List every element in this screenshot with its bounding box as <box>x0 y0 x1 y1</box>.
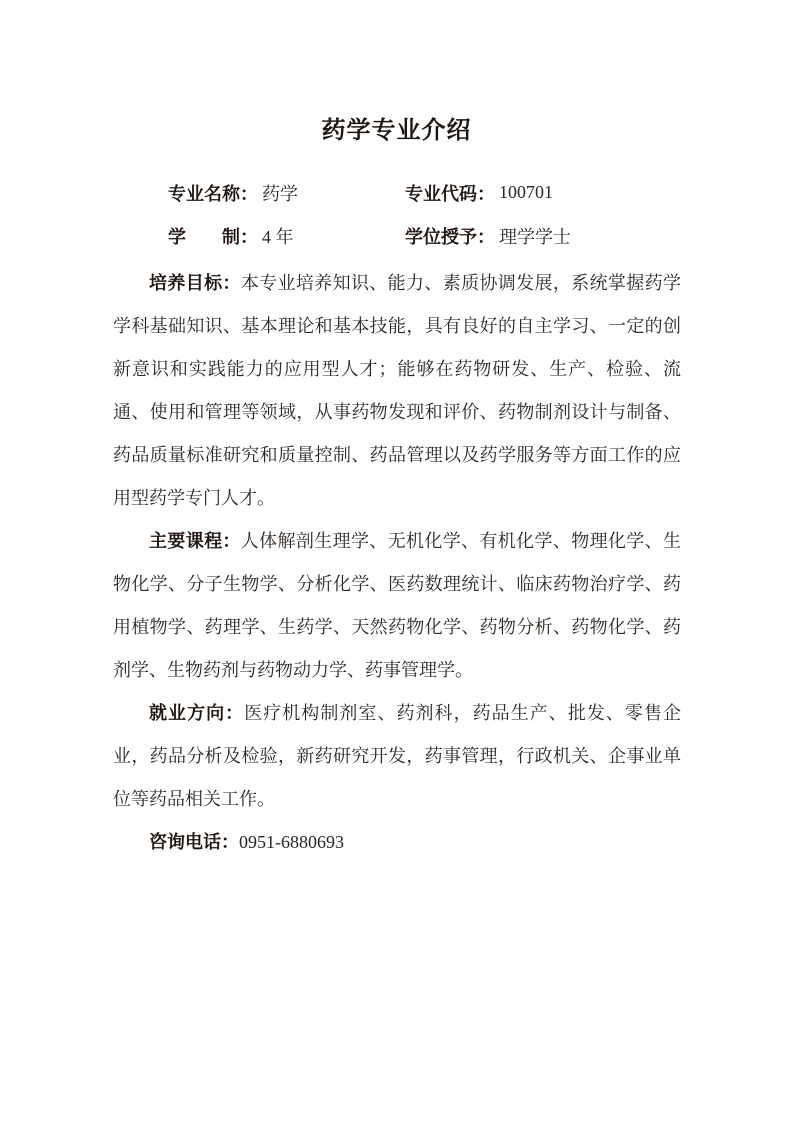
duration-value: 4 年 <box>262 223 294 249</box>
field-duration: 学 制： 4 年 <box>168 214 405 257</box>
training-goal-text: 本专业培养知识、能力、素质协调发展，系统掌握药学学科基础知识、基本理论和基本技能… <box>113 273 681 508</box>
document-page: 药学专业介绍 专业名称： 药学 专业代码： 100701 学 制： 4 年 学位… <box>0 0 793 1122</box>
degree-value: 理学学士 <box>499 223 571 249</box>
paragraph-training-goal: 培养目标：本专业培养知识、能力、素质协调发展，系统掌握药学学科基础知识、基本理论… <box>113 262 681 520</box>
contact-phone-label: 咨询电话： <box>149 832 239 852</box>
major-code-label: 专业代码： <box>405 180 495 206</box>
major-name-value: 药学 <box>262 180 298 206</box>
document-title: 药学专业介绍 <box>0 0 793 145</box>
main-courses-text: 人体解剖生理学、无机化学、有机化学、物理化学、生物化学、分子生物学、分析化学、医… <box>113 531 681 680</box>
paragraph-contact-phone: 咨询电话：0951-6880693 <box>113 821 681 864</box>
field-degree: 学位授予： 理学学士 <box>405 214 793 257</box>
paragraph-main-courses: 主要课程：人体解剖生理学、无机化学、有机化学、物理化学、生物化学、分子生物学、分… <box>113 520 681 692</box>
field-major-code: 专业代码： 100701 <box>405 171 793 214</box>
major-code-value: 100701 <box>499 182 553 203</box>
field-major-name: 专业名称： 药学 <box>168 171 405 214</box>
main-courses-label: 主要课程： <box>149 531 241 551</box>
degree-label: 学位授予： <box>405 223 495 249</box>
major-name-label: 专业名称： <box>168 180 258 206</box>
field-grid: 专业名称： 药学 专业代码： 100701 学 制： 4 年 学位授予： 理学学… <box>168 171 793 257</box>
contact-phone-number: 0951-6880693 <box>239 832 344 852</box>
training-goal-label: 培养目标： <box>149 273 241 293</box>
paragraph-career-direction: 就业方向：医疗机构制剂室、药剂科，药品生产、批发、零售企业，药品分析及检验，新药… <box>113 692 681 821</box>
career-direction-label: 就业方向： <box>149 703 244 723</box>
document-body: 培养目标：本专业培养知识、能力、素质协调发展，系统掌握药学学科基础知识、基本理论… <box>113 262 681 864</box>
duration-label: 学 制： <box>168 223 258 249</box>
